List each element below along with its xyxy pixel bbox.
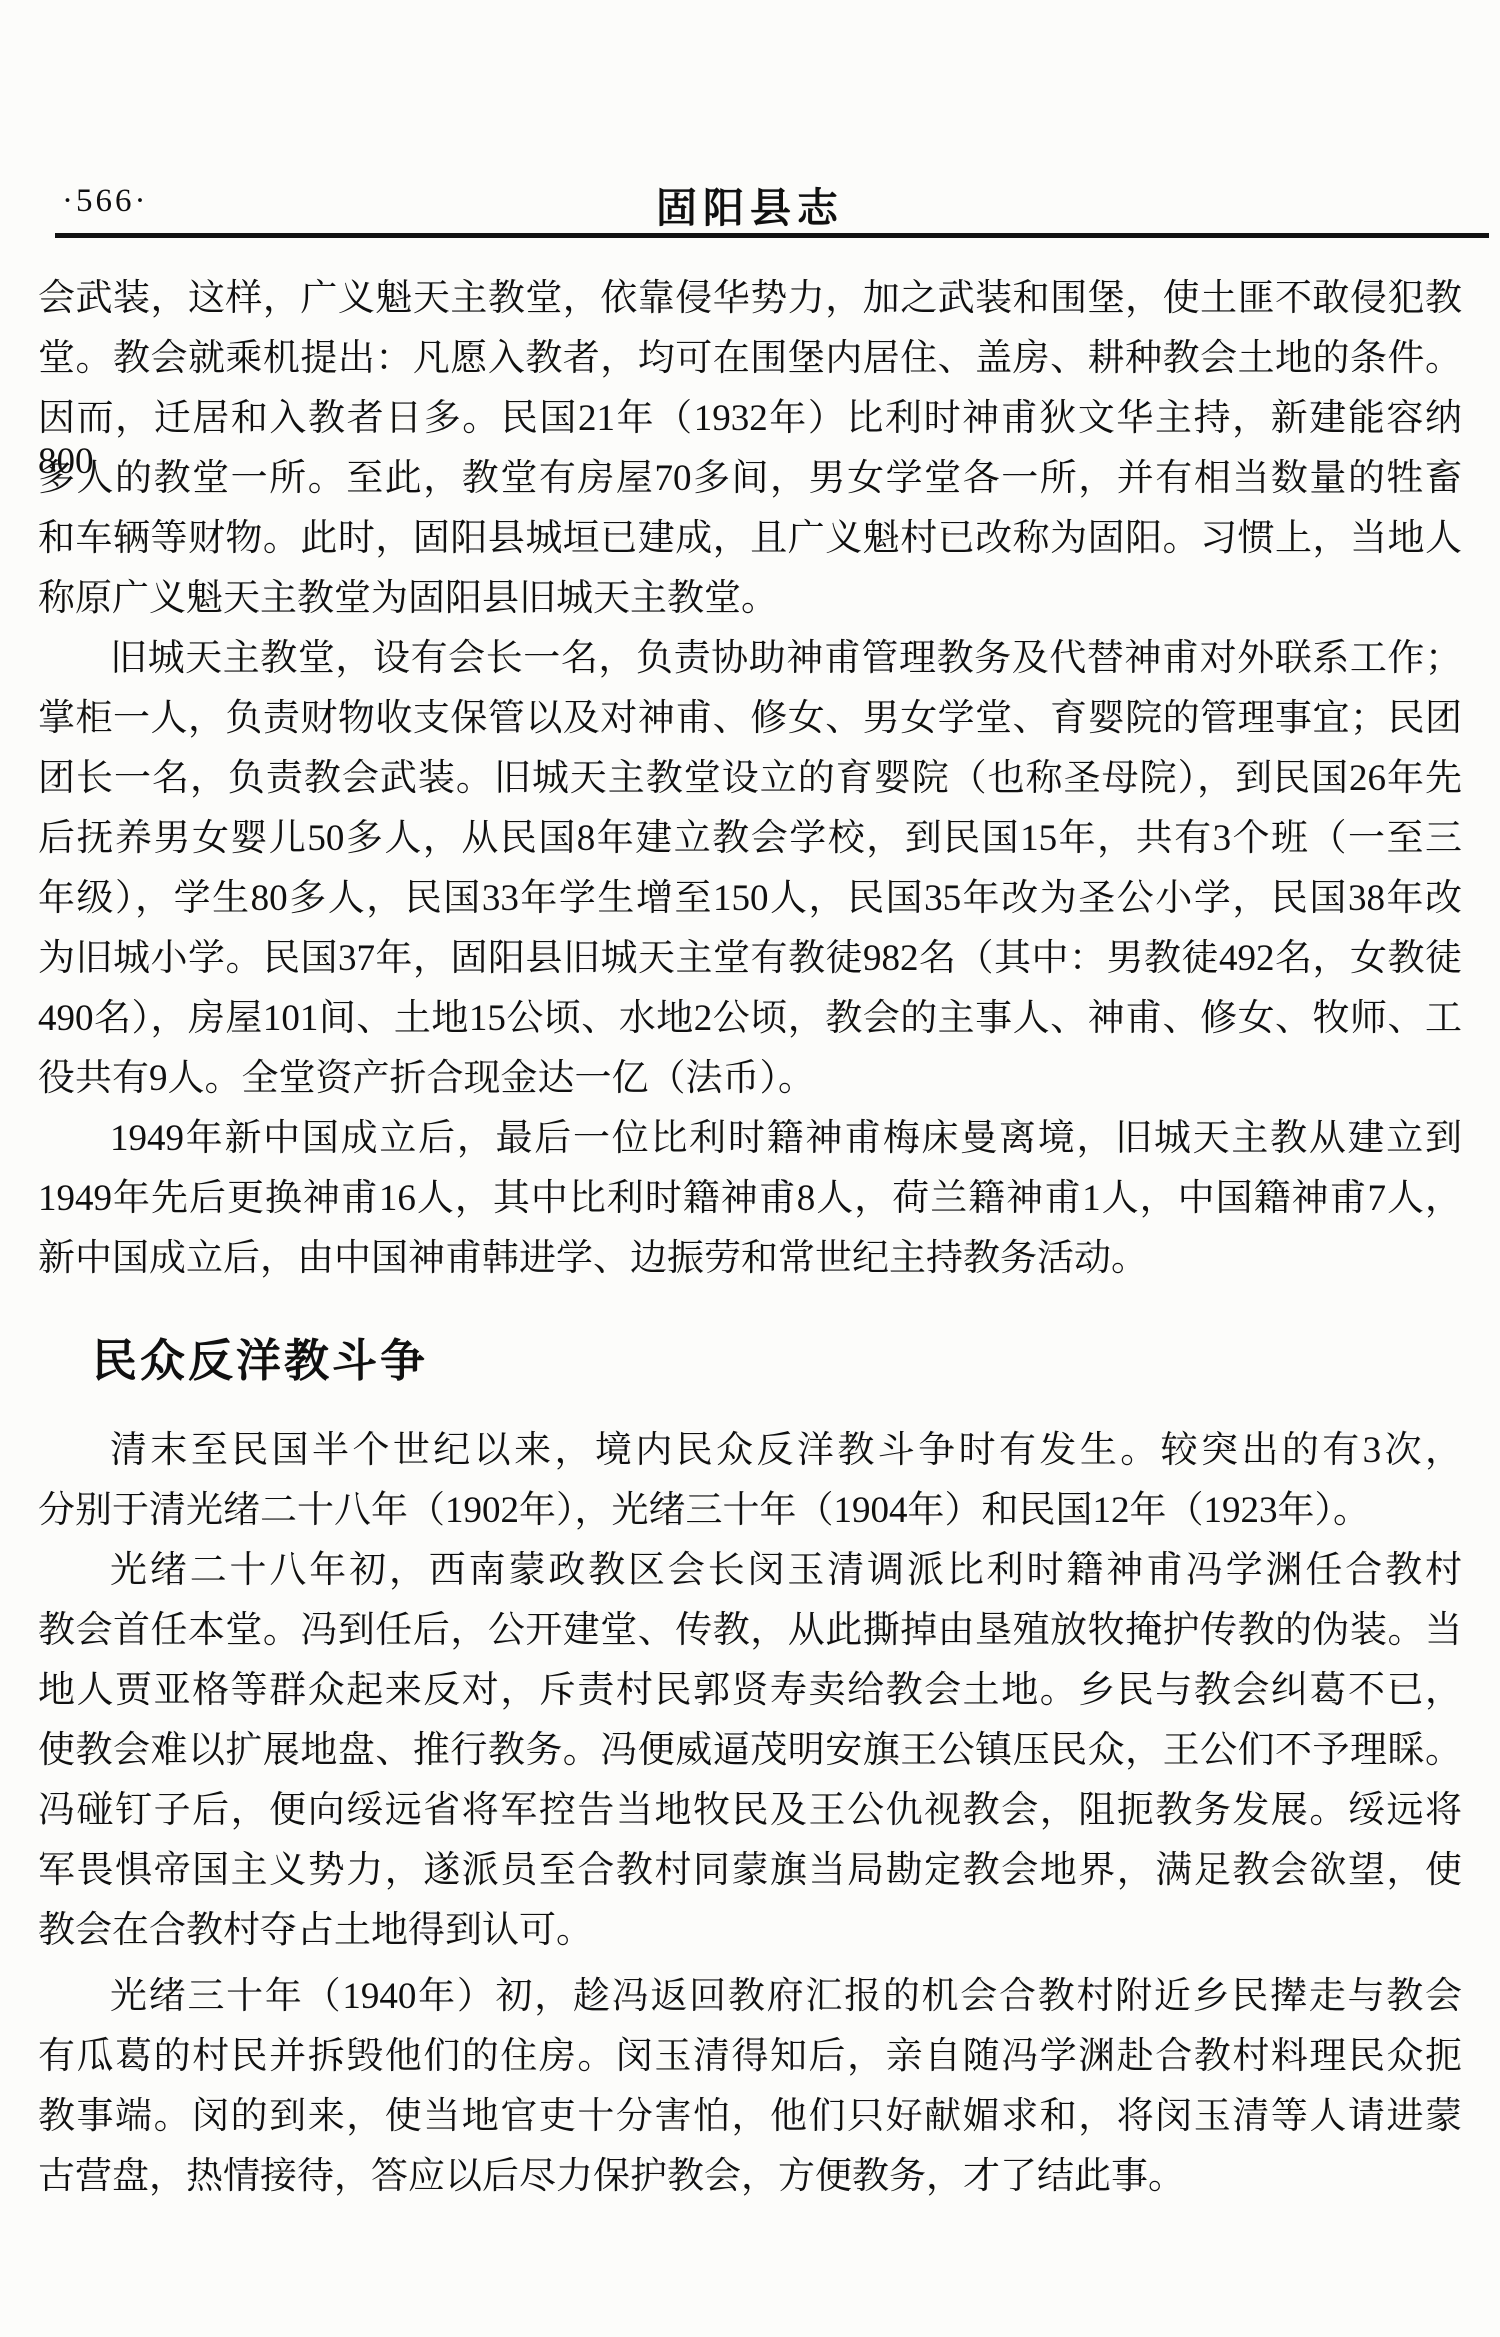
text-line: 为旧城小学。民国37年，固阳县旧城天主堂有教徒982名（其中：男教徒492名，女… bbox=[38, 938, 1462, 981]
text-line: 堂。教会就乘机提出：凡愿入教者，均可在围堡内居住、盖房、耕种教会土地的条件。 bbox=[38, 338, 1462, 381]
text-line: 1949年先后更换神甫16人，其中比利时籍神甫8人，荷兰籍神甫1人，中国籍神甫7… bbox=[38, 1178, 1462, 1221]
text-line: 年级），学生80多人，民国33年学生增至150人，民国35年改为圣公小学，民国3… bbox=[38, 878, 1462, 921]
text-line: 役共有9人。全堂资产折合现金达一亿（法币）。 bbox=[38, 1058, 1462, 1101]
text-line: 冯碰钉子后，便向绥远省将军控告当地牧民及王公仇视教会，阻扼教务发展。绥远将 bbox=[38, 1790, 1462, 1833]
text-line: 掌柜一人，负责财物收支保管以及对神甫、修女、男女学堂、育婴院的管理事宜；民团 bbox=[38, 698, 1462, 741]
text-line: 团长一名，负责教会武装。旧城天主教堂设立的育婴院（也称圣母院），到民国26年先 bbox=[38, 758, 1462, 801]
text-line: 490名），房屋101间、土地15公顷、水地2公顷，教会的主事人、神甫、修女、牧… bbox=[38, 998, 1462, 1041]
text-line: 1949年新中国成立后，最后一位比利时籍神甫梅床曼离境，旧城天主教从建立到 bbox=[38, 1118, 1462, 1161]
text-line: 军畏惧帝国主义势力，遂派员至合教村同蒙旗当局勘定教会地界，满足教会欲望，使 bbox=[38, 1850, 1462, 1893]
text-line: 新中国成立后，由中国神甫韩进学、边振劳和常世纪主持教务活动。 bbox=[38, 1238, 1462, 1281]
text-line: 教会在合教村夺占土地得到认可。 bbox=[38, 1910, 1462, 1953]
text-line: 教事端。闵的到来，使当地官吏十分害怕，他们只好献媚求和，将闵玉清等人请进蒙 bbox=[38, 2096, 1462, 2139]
text-line: 多人的教堂一所。至此，教堂有房屋70多间，男女学堂各一所，并有相当数量的牲畜 bbox=[38, 458, 1462, 501]
scanned-book-page: ·566· 固阳县志 会武装，这样，广义魁天主教堂，依靠侵华势力，加之武装和围堡… bbox=[0, 0, 1500, 2337]
header-rule bbox=[55, 233, 1489, 238]
text-line: 有瓜葛的村民并拆毁他们的住房。闵玉清得知后，亲自随冯学渊赴合教村料理民众扼 bbox=[38, 2036, 1462, 2079]
section-heading: 民众反洋教斗争 bbox=[38, 1324, 1462, 1389]
text-line: 分别于清光绪二十八年（1902年），光绪三十年（1904年）和民国12年（192… bbox=[38, 1490, 1462, 1533]
book-title: 固阳县志 bbox=[0, 175, 1500, 234]
text-line: 会武装，这样，广义魁天主教堂，依靠侵华势力，加之武装和围堡，使土匪不敢侵犯教 bbox=[38, 278, 1462, 321]
text-line: 光绪三十年（1940年）初，趁冯返回教府汇报的机会合教村附近乡民撵走与教会 bbox=[38, 1976, 1462, 2019]
text-line: 称原广义魁天主教堂为固阳县旧城天主教堂。 bbox=[38, 578, 1462, 621]
text-line: 古营盘，热情接待，答应以后尽力保护教会，方便教务，才了结此事。 bbox=[38, 2156, 1462, 2199]
text-line: 教会首任本堂。冯到任后，公开建堂、传教，从此撕掉由垦殖放牧掩护传教的伪装。当 bbox=[38, 1610, 1462, 1653]
text-line: 后抚养男女婴儿50多人，从民国8年建立教会学校，到民国15年，共有3个班（一至三 bbox=[38, 818, 1462, 861]
text-line: 和车辆等财物。此时，固阳县城垣已建成，且广义魁村已改称为固阳。习惯上，当地人 bbox=[38, 518, 1462, 561]
text-line: 光绪二十八年初，西南蒙政教区会长闵玉清调派比利时籍神甫冯学渊任合教村 bbox=[38, 1550, 1462, 1593]
text-line: 使教会难以扩展地盘、推行教务。冯便威逼茂明安旗王公镇压民众，王公们不予理睬。 bbox=[38, 1730, 1462, 1773]
text-line: 地人贾亚格等群众起来反对，斥责村民郭贤寿卖给教会土地。乡民与教会纠葛不已， bbox=[38, 1670, 1462, 1713]
text-line: 清末至民国半个世纪以来，境内民众反洋教斗争时有发生。较突出的有3次， bbox=[38, 1430, 1462, 1473]
text-line: 旧城天主教堂，设有会长一名，负责协助神甫管理教务及代替神甫对外联系工作； bbox=[38, 638, 1462, 681]
